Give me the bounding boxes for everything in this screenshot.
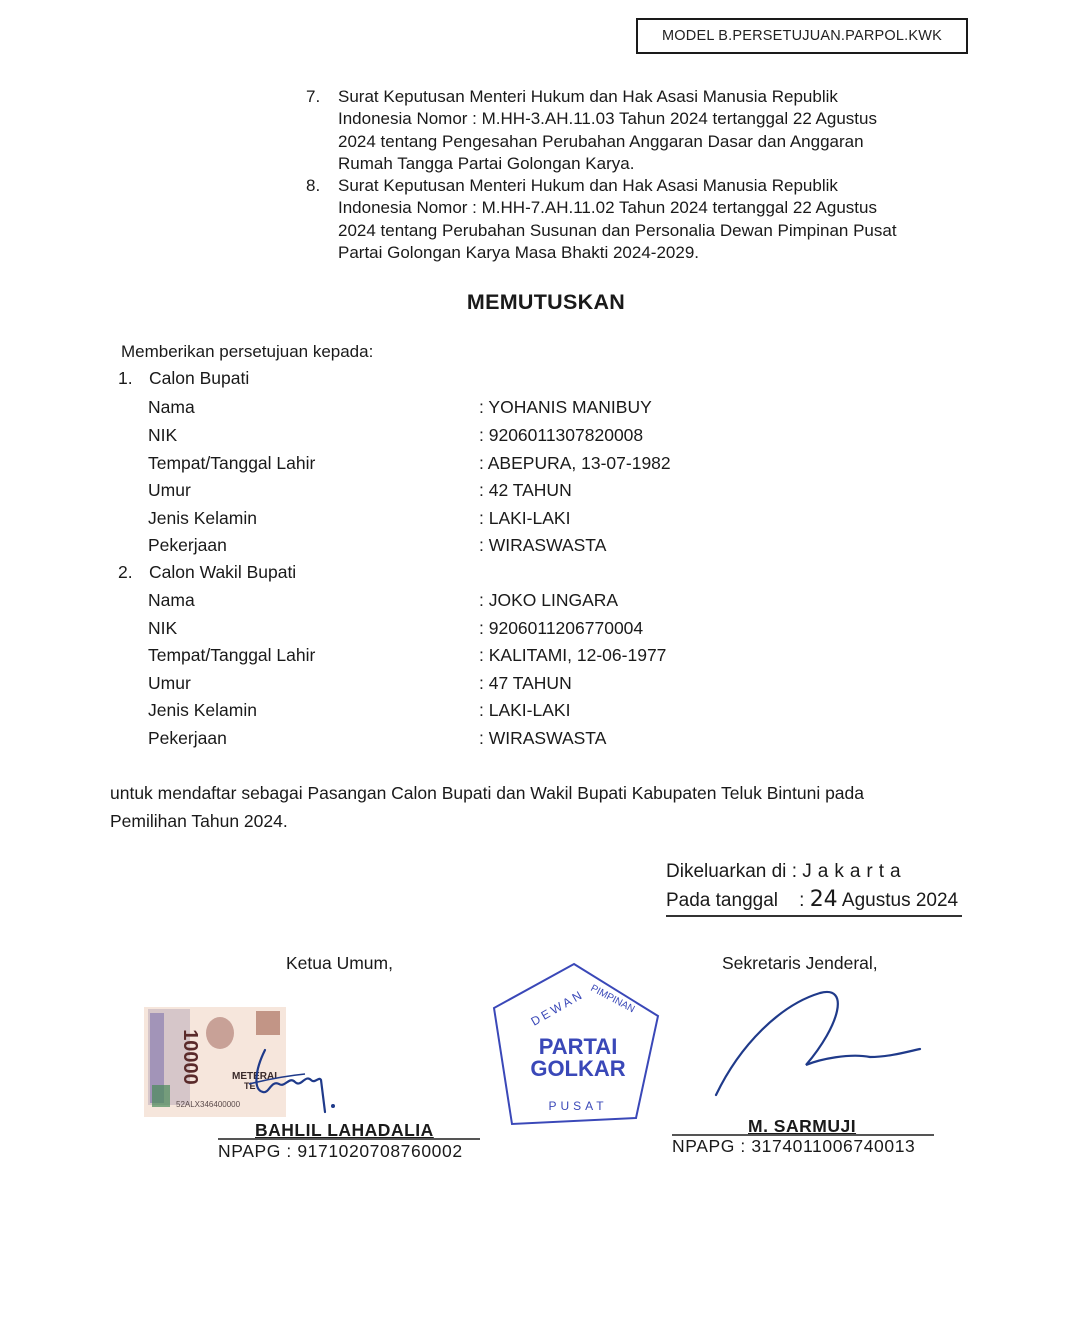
item-number: 7. [306,86,336,108]
place-value: Jakarta [802,861,906,882]
golkar-seal-icon: DEWAN PIMPINAN PARTAI GOLKAR PUSAT [490,958,666,1130]
field-label: Nama [148,395,195,419]
closing-line: untuk mendaftar sebagai Pasangan Calon B… [110,779,980,807]
field-label: Umur [148,671,191,695]
right-signatory-title: Sekretaris Jenderal, [722,953,878,974]
field-label: Tempat/Tanggal Lahir [148,643,315,667]
model-code-box: MODEL B.PERSETUJUAN.PARPOL.KWK [636,18,968,54]
left-signatory-title: Ketua Umum, [286,953,393,974]
field-value: : 47 TAHUN [479,671,572,695]
field-value: : LAKI-LAKI [479,506,570,530]
date-rest: Agustus 2024 [842,890,958,911]
field-label: Jenis Kelamin [148,506,257,530]
field-label: Jenis Kelamin [148,698,257,722]
place-label: Dikeluarkan di [666,861,786,882]
left-signature-rule [218,1138,480,1140]
consideration-line: Rumah Tangga Partai Golongan Karya. [338,153,970,175]
consideration-line: Surat Keputusan Menteri Hukum dan Hak As… [338,175,970,197]
svg-text:10000: 10000 [179,1029,201,1085]
model-code: MODEL B.PERSETUJUAN.PARPOL.KWK [662,28,942,44]
field-label: Pekerjaan [148,726,227,750]
closing-line: Pemilihan Tahun 2024. [110,807,980,835]
consideration-line: 2024 tentang Pengesahan Perubahan Anggar… [338,131,970,153]
field-label: NIK [148,616,177,640]
left-signature [235,1040,355,1120]
field-value: : WIRASWASTA [479,533,606,557]
consideration-item-8: 8. Surat Keputusan Menteri Hukum dan Hak… [300,175,970,264]
consideration-line: Indonesia Nomor : M.HH-3.AH.11.03 Tahun … [338,108,970,130]
field-value: : ABEPURA, 13-07-1982 [479,451,671,475]
svg-text:GOLKAR: GOLKAR [530,1056,625,1081]
item-number: 8. [306,175,336,197]
svg-text:52ALX346400000: 52ALX346400000 [176,1100,241,1109]
field-label: Nama [148,588,195,612]
field-label: Pekerjaan [148,533,227,557]
consideration-item-7: 7. Surat Keputusan Menteri Hukum dan Hak… [300,86,970,175]
field-label: Tempat/Tanggal Lahir [148,451,315,475]
left-signatory-npapg: NPAPG : 9171020708760002 [218,1141,463,1162]
field-label: Umur [148,478,191,502]
field-value: : JOKO LINGARA [479,588,618,612]
field-value: : 9206011307820008 [479,423,643,447]
decision-intro: Memberikan persetujuan kepada: [121,342,373,362]
field-value: : KALITAMI, 12-06-1977 [479,643,666,667]
consideration-line: 2024 tentang Perubahan Susunan dan Perso… [338,220,970,242]
right-signatory-npapg: NPAPG : 3174011006740013 [672,1136,915,1157]
field-value: : WIRASWASTA [479,726,606,750]
closing-paragraph: untuk mendaftar sebagai Pasangan Calon B… [110,779,980,835]
signature-scribble-icon [235,1040,355,1120]
field-value: : 42 TAHUN [479,478,572,502]
svg-text:DEWAN: DEWAN [529,987,587,1029]
section-role: Calon Wakil Bupati [149,562,296,583]
consideration-line: Partai Golongan Karya Masa Bhakti 2024-2… [338,242,970,264]
section-role: Calon Bupati [149,368,249,389]
field-value: : 9206011206770004 [479,616,643,640]
field-value: : LAKI-LAKI [479,698,570,722]
date-label: Pada tanggal [666,890,778,911]
field-value: : YOHANIS MANIBUY [479,395,652,419]
field-label: NIK [148,423,177,447]
party-seal: DEWAN PIMPINAN PARTAI GOLKAR PUSAT [490,958,666,1130]
section-number: 1. [118,368,133,389]
svg-text:PUSAT: PUSAT [548,1099,607,1113]
section-number: 2. [118,562,133,583]
right-signature [700,985,930,1105]
consideration-line: Surat Keputusan Menteri Hukum dan Hak As… [338,86,970,108]
issuance-block: Dikeluarkan di : Jakarta Pada tanggal : … [666,858,962,917]
date-day-handwritten: 24 [810,887,838,912]
signature-scribble-icon [700,985,930,1105]
consideration-line: Indonesia Nomor : M.HH-7.AH.11.02 Tahun … [338,197,970,219]
decision-heading: MEMUTUSKAN [0,290,1080,315]
